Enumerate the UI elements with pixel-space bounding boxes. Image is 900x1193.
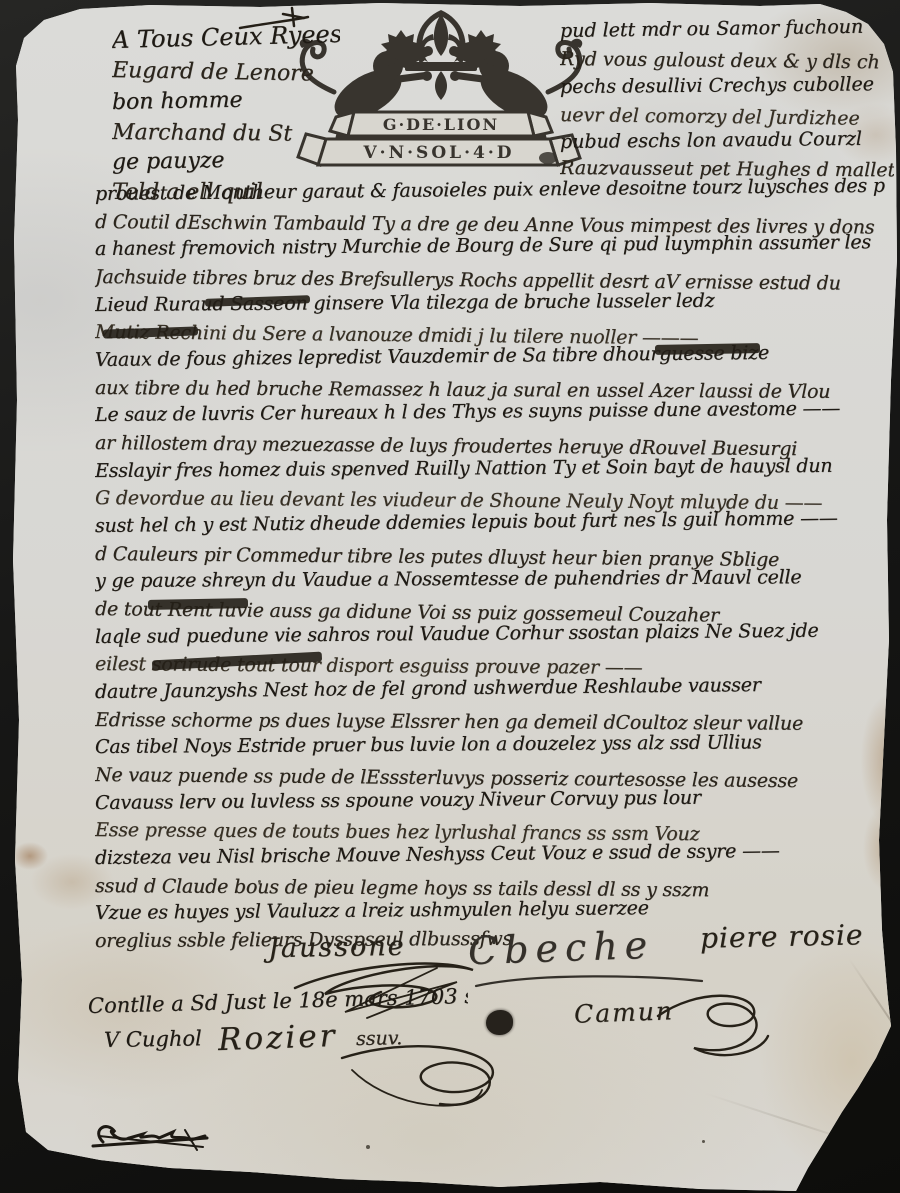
body-line: Cavauss lerv ou luvless ss spoune vouzy … bbox=[95, 785, 885, 818]
clerk-prefix: V Cughol bbox=[104, 1026, 224, 1056]
strikethrough-mark bbox=[655, 343, 760, 355]
header-left-line: A Tous Ceux Ryees bbox=[112, 20, 341, 56]
signature-party-right: piere rosie bbox=[700, 918, 864, 954]
header-left-line: bon homme bbox=[112, 86, 340, 120]
fold-crease bbox=[704, 1092, 876, 1150]
ink-speck bbox=[702, 1140, 705, 1143]
ink-speck bbox=[366, 1145, 370, 1149]
header-right-line: pechs desullivi Crechys cubollee bbox=[560, 73, 894, 102]
stamp-text-line2: V·N·SOL·4·D bbox=[362, 143, 514, 163]
signature-paraph-flourish bbox=[648, 984, 783, 1074]
body-line: Esslayir fres homez duis spenved Ruilly … bbox=[95, 454, 885, 486]
body-line: y ge pauze shreyn du Vaudue a Nossemtess… bbox=[95, 566, 885, 596]
manuscript-sheet: G·DE·LION V·N·SOL·4·D A Tous Ceux Ryees … bbox=[0, 0, 900, 1193]
strikethrough-mark bbox=[148, 598, 248, 610]
ink-speck bbox=[258, 880, 261, 883]
header-left-line: ge pauyze bbox=[112, 146, 340, 180]
struck-word-scribble bbox=[85, 1116, 220, 1161]
header-right-line: pubud eschs lon avaudu Courzl bbox=[560, 128, 894, 157]
ink-blot bbox=[486, 1010, 513, 1035]
header-right-line: pud lett mdr ou Samor fuchoun bbox=[560, 15, 894, 46]
stamp-text-line1: G·DE·LION bbox=[383, 115, 499, 134]
signature-clerk: Rozier bbox=[217, 1018, 338, 1058]
fold-crease bbox=[848, 958, 900, 1083]
body-line: Cas tibel Noys Estride pruer bus luvie l… bbox=[95, 730, 885, 762]
body-line: Le sauz de luvris Cer hureaux h l des Th… bbox=[95, 397, 885, 430]
photograph-of-manuscript: { "note": "Photograph of a 1703 French n… bbox=[0, 0, 900, 1193]
body-line: laqle sud puedune vie sahros roul Vaudue… bbox=[95, 619, 885, 652]
clerk-paraph-flourish bbox=[330, 1030, 520, 1120]
body-line: a hanest fremovich nistry Murchie de Bou… bbox=[95, 231, 885, 264]
